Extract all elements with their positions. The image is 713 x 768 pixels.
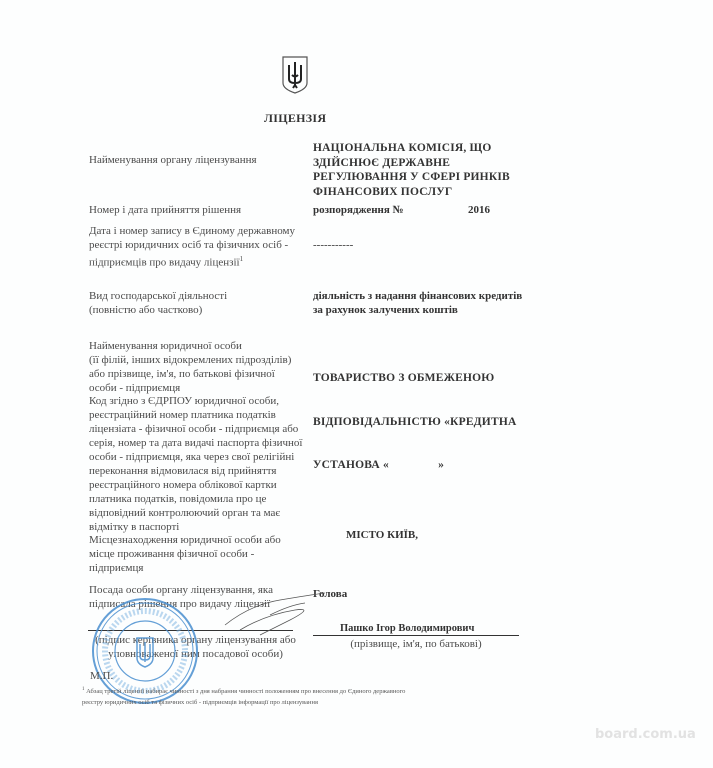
label-activity-type: Вид господарської діяльності (повністю а… [89,289,319,317]
watermark: board.com.ua [595,727,696,742]
ukraine-trident-icon [280,55,310,95]
label-registry-entry: Дата і номер запису в Єдиному державному… [89,224,329,270]
signer-caption: (прізвище, ім'я, по батькові) [313,637,519,651]
document-title: ЛІЦЕНЗІЯ [264,111,326,126]
value-legal-entity-name: ТОВАРИСТВО З ОБМЕЖЕНОЮ ВІДПОВІДАЛЬНІСТЮ … [313,342,516,502]
label-licensing-authority: Найменування органу ліцензування [89,153,319,167]
footnote: 1 Абзац третій ліцензії набирає чинності… [82,684,542,708]
signer-name-line [313,635,519,636]
value-decision-number-date: розпорядження № 2016 [313,203,513,217]
value-registry-entry: ----------- [313,238,353,252]
label-edrpou-code: Код згідно з ЄДРПОУ юридичної особи, реє… [89,394,329,534]
signer-name: Пашко Ігор Володимирович [340,622,474,636]
license-document: ЛІЦЕНЗІЯ Найменування органу ліцензуванн… [0,0,713,768]
value-activity-type: діяльність з надання фінансових кредитів… [313,289,522,317]
label-legal-entity-name: Найменування юридичної особи (її філій, … [89,339,329,395]
seal-label: М.П. [90,670,113,682]
label-decision-number-date: Номер і дата прийняття рішення [89,203,319,217]
value-location: МІСТО КИЇВ, [346,528,418,542]
value-licensing-authority: НАЦІОНАЛЬНА КОМІСІЯ, ЩО ЗДІЙСНЮЄ ДЕРЖАВН… [313,141,510,199]
signature-scribble [220,585,330,640]
label-location: Місцезнаходження юридичної особи або міс… [89,533,319,575]
